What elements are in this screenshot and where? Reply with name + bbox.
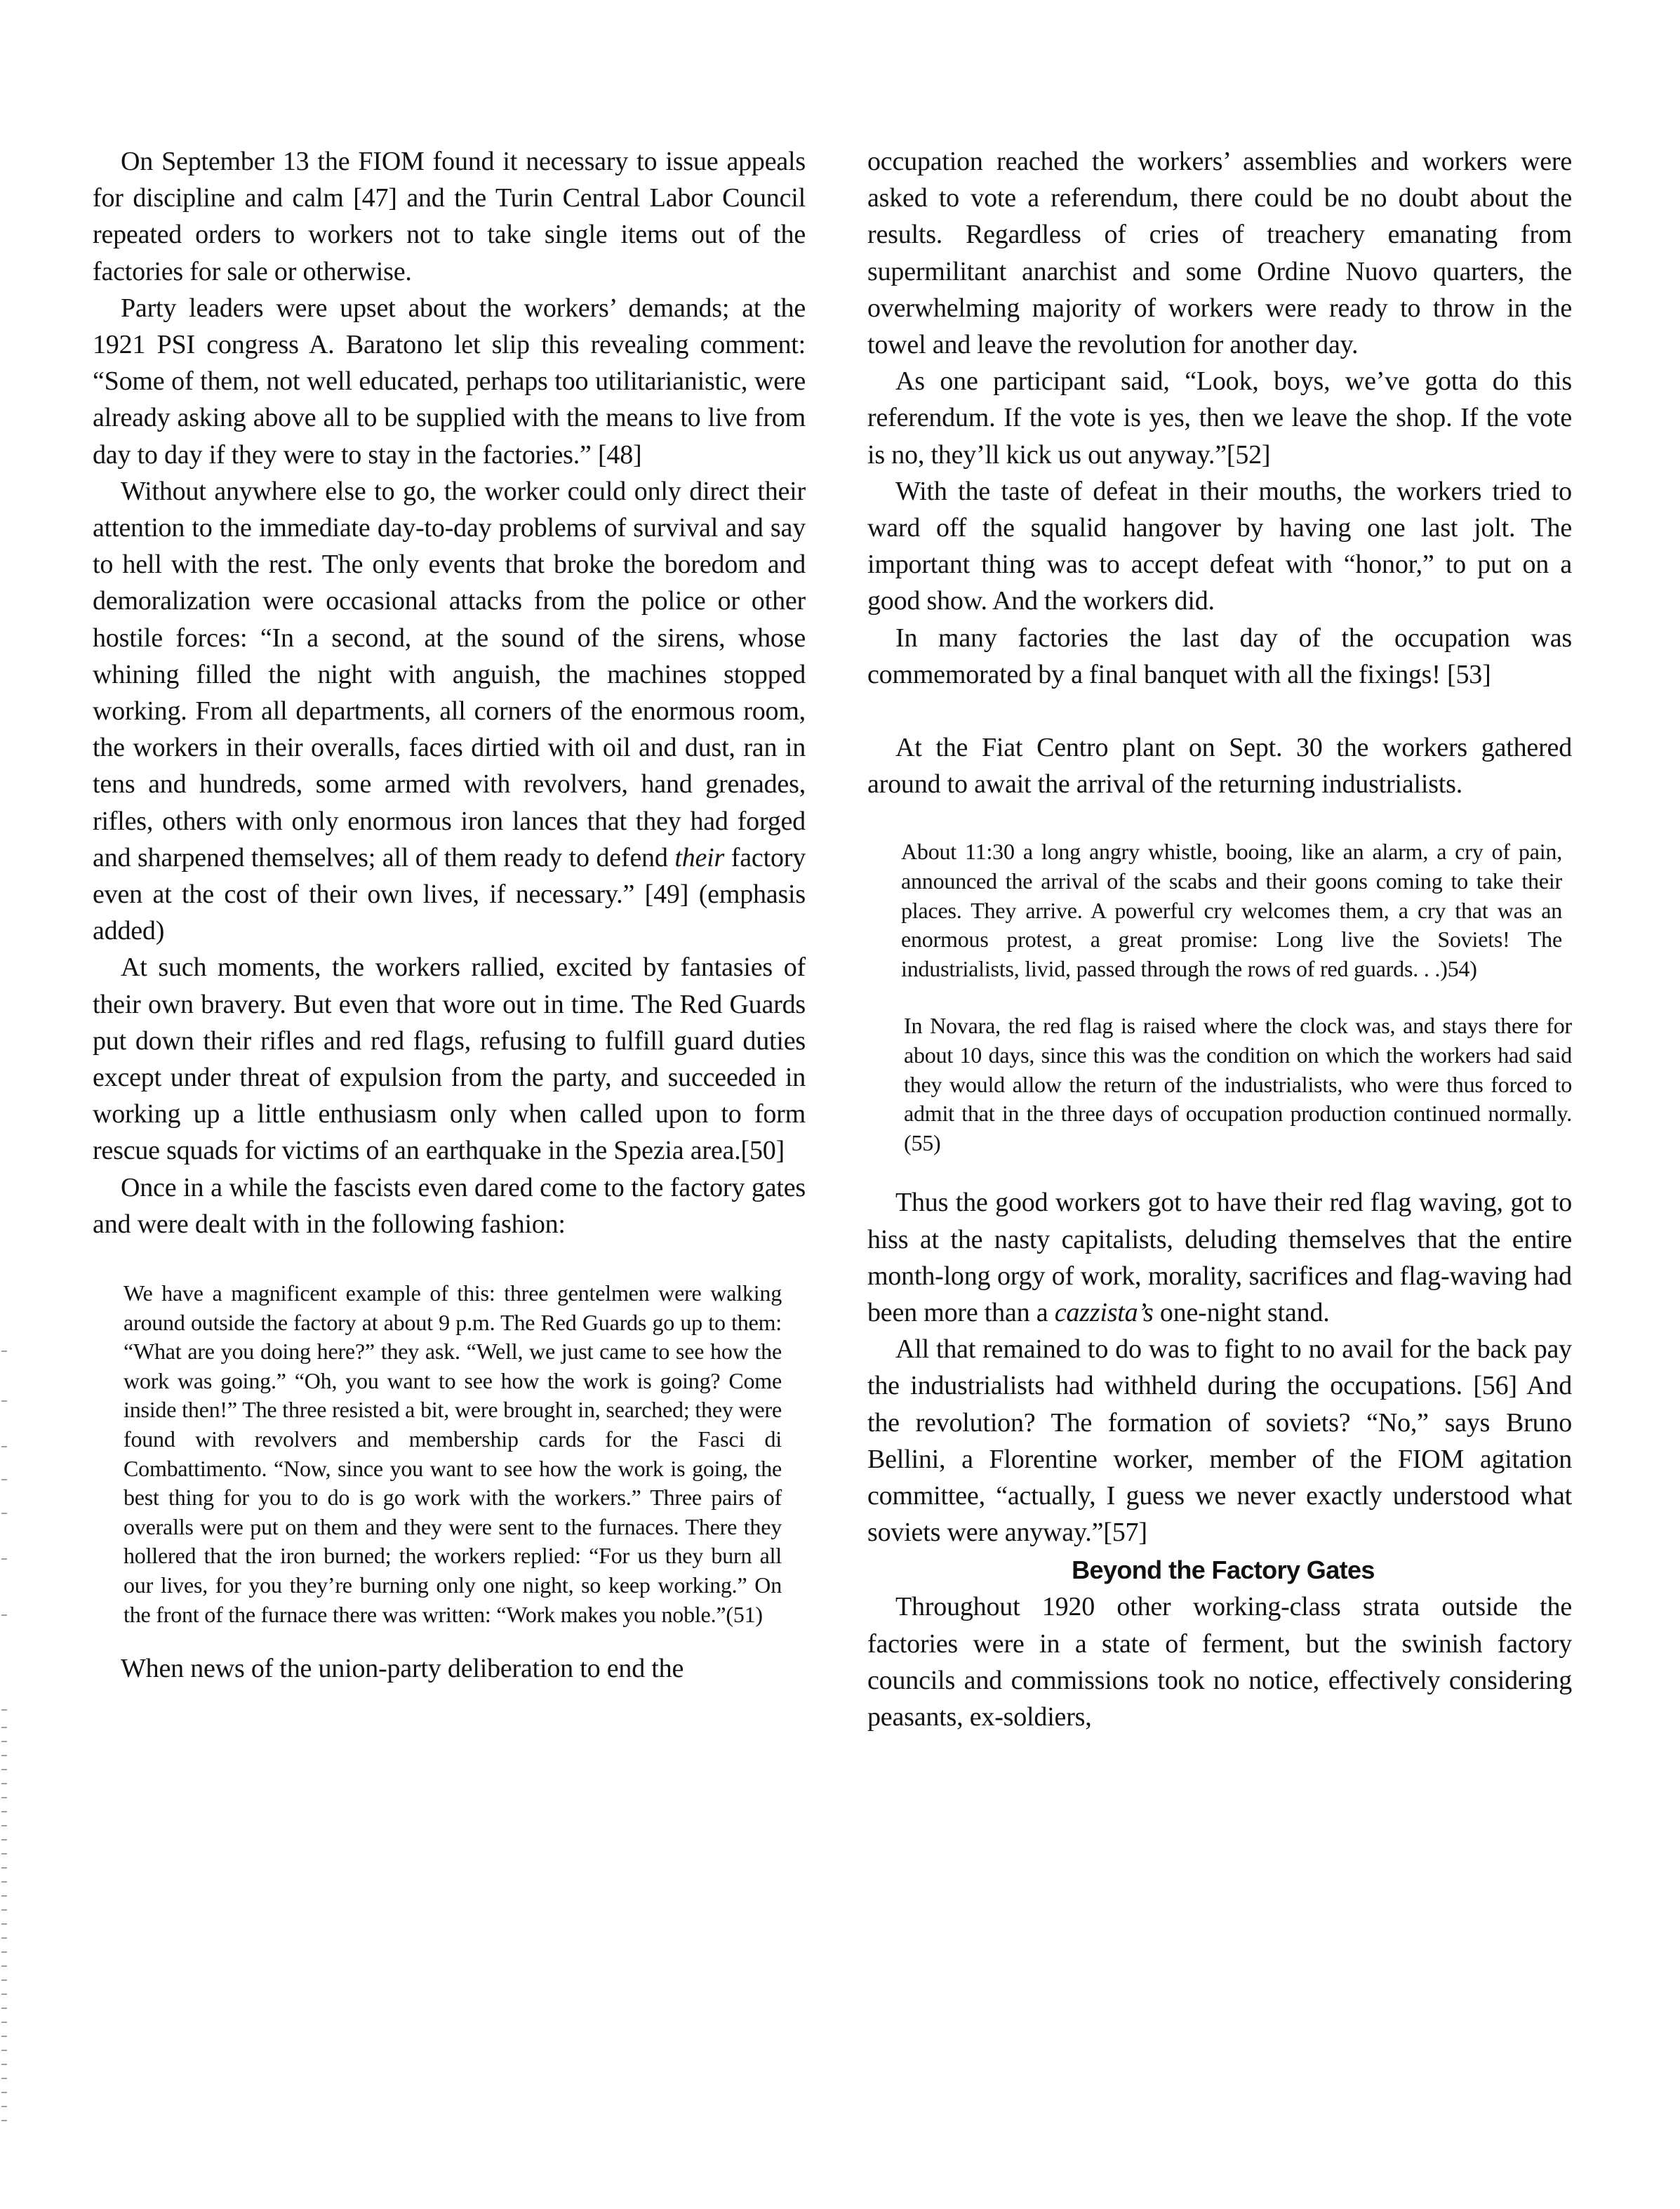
- paragraph-without-anywhere: Without anywhere else to go, the worker …: [93, 473, 806, 950]
- left-column: On September 13 the FIOM found it necess…: [93, 143, 806, 1687]
- paragraph-fiat-centro: At the Fiat Centro plant on Sept. 30 the…: [867, 729, 1572, 802]
- paragraph-good-workers: Thus the good workers got to have their …: [867, 1184, 1572, 1331]
- paragraph-last-day: In many factories the last day of the oc…: [867, 620, 1572, 693]
- paragraph-remained: All that remained to do was to fight to …: [867, 1331, 1572, 1551]
- right-column: occupation reached the workers’ assembli…: [867, 143, 1572, 1735]
- paragraph-union-party: When news of the union-party deliberatio…: [93, 1650, 806, 1687]
- paragraph-taste-of-defeat: With the taste of defeat in their mouths…: [867, 473, 1572, 620]
- block-quote-red-guards: We have a magnificent example of this: t…: [124, 1279, 782, 1629]
- block-quote-novara: In Novara, the red flag is raised where …: [904, 1011, 1572, 1157]
- block-quote-arrival: About 11:30 a long angry whistle, booing…: [901, 837, 1562, 983]
- emphasized-word: cazzista’s: [1055, 1298, 1154, 1327]
- paragraph-such-moments: At such moments, the workers rallied, ex…: [93, 949, 806, 1169]
- paragraph-text: Without anywhere else to go, the worker …: [93, 477, 806, 873]
- paragraph-text: one-night stand.: [1154, 1298, 1330, 1327]
- emphasized-word: their: [674, 843, 724, 873]
- paragraph-fascists: Once in a while the fascists even dared …: [93, 1169, 806, 1242]
- paragraph-party-leaders: Party leaders were upset about the worke…: [93, 290, 806, 473]
- paragraph-throughout-1920: Throughout 1920 other working-class stra…: [867, 1588, 1572, 1735]
- document-page: On September 13 the FIOM found it necess…: [0, 0, 1680, 2209]
- section-heading: Beyond the Factory Gates: [867, 1552, 1572, 1588]
- paragraph-occupation-reached: occupation reached the workers’ assembli…: [867, 143, 1572, 363]
- scan-edge-marks: [0, 1334, 15, 2204]
- paragraph-fiom-appeals: On September 13 the FIOM found it necess…: [93, 143, 806, 290]
- paragraph-one-participant: As one participant said, “Look, boys, we…: [867, 363, 1572, 473]
